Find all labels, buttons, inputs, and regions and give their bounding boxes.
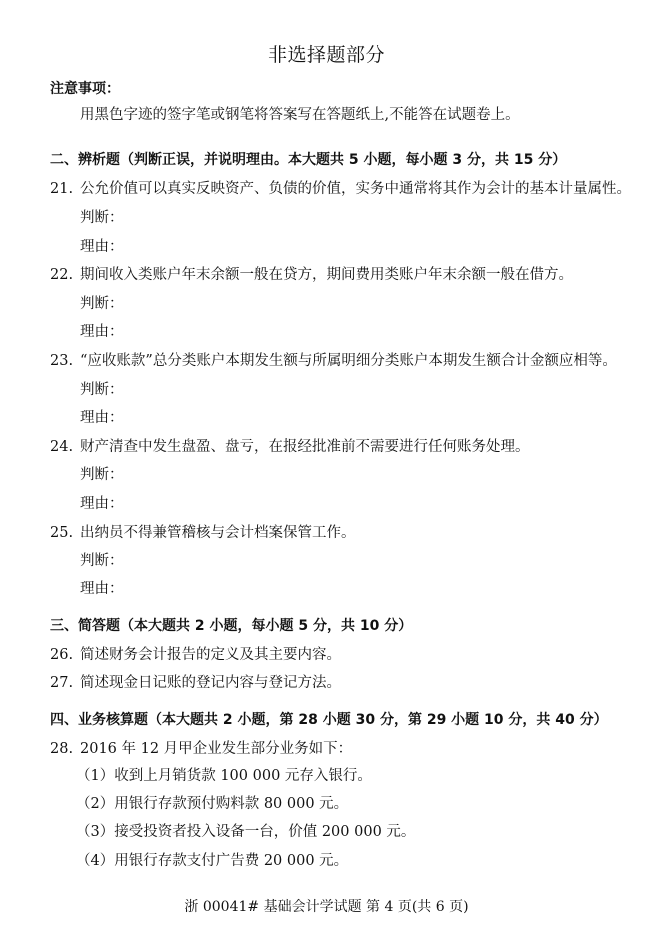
question-text: 公允价值可以真实反映资产、负债的价值，实务中通常将其作为会计的基本计量属性。: [80, 181, 631, 197]
q28-item-1: （1）收到上月销货款 100 000 元存入银行。: [76, 767, 372, 785]
judge-label: 判断：: [80, 466, 124, 484]
reason-label: 理由：: [80, 238, 124, 256]
reason-label: 理由：: [80, 323, 124, 341]
judge-label: 判断：: [80, 552, 124, 570]
question-number: 28.: [50, 740, 80, 758]
question-26: 26.简述财务会计报告的定义及其主要内容。: [50, 646, 341, 664]
question-number: 21.: [50, 180, 80, 198]
notice-text: 用黑色字迹的签字笔或钢笔将答案写在答题纸上,不能答在试题卷上。: [80, 106, 520, 124]
q28-item-2: （2）用银行存款预付购料款 80 000 元。: [76, 795, 348, 813]
exam-page: 非选择题部分 注意事项： 用黑色字迹的签字笔或钢笔将答案写在答题纸上,不能答在试…: [0, 0, 653, 943]
reason-label: 理由：: [80, 580, 124, 598]
question-text: “应收账款”总分类账户本期发生额与所属明细分类账户本期发生额合计金额应相等。: [80, 353, 617, 369]
q28-item-4: （4）用银行存款支付广告费 20 000 元。: [76, 852, 348, 870]
judge-label: 判断：: [80, 209, 124, 227]
question-number: 25.: [50, 524, 80, 542]
question-21: 21.公允价值可以真实反映资产、负债的价值，实务中通常将其作为会计的基本计量属性…: [50, 180, 631, 198]
question-number: 23.: [50, 352, 80, 370]
question-text: 出纳员不得兼管稽核与会计档案保管工作。: [80, 525, 356, 541]
question-text: 财产清查中发生盘盈、盘亏，在报经批准前不需要进行任何账务处理。: [80, 439, 530, 455]
question-number: 22.: [50, 266, 80, 284]
question-22: 22.期间收入类账户年末余额一般在贷方，期间费用类账户年末余额一般在借方。: [50, 266, 573, 284]
page-footer: 浙 00041# 基础会计学试题 第 4 页(共 6 页): [0, 896, 653, 916]
question-23: 23.“应收账款”总分类账户本期发生额与所属明细分类账户本期发生额合计金额应相等…: [50, 352, 617, 370]
question-text: 期间收入类账户年末余额一般在贷方，期间费用类账户年末余额一般在借方。: [80, 267, 573, 283]
question-number: 26.: [50, 646, 80, 664]
question-24: 24.财产清查中发生盘盈、盘亏，在报经批准前不需要进行任何账务处理。: [50, 438, 530, 456]
judge-label: 判断：: [80, 295, 124, 313]
question-25: 25.出纳员不得兼管稽核与会计档案保管工作。: [50, 524, 356, 542]
question-text: 简述现金日记账的登记内容与登记方法。: [80, 675, 341, 691]
section-2-heading: 二、辨析题（判断正误，并说明理由。本大题共 5 小题，每小题 3 分，共 15 …: [50, 151, 566, 169]
notice-heading: 注意事项：: [50, 80, 120, 98]
reason-label: 理由：: [80, 495, 124, 513]
question-number: 24.: [50, 438, 80, 456]
question-text: 2016 年 12 月甲企业发生部分业务如下：: [80, 741, 352, 757]
question-text: 简述财务会计报告的定义及其主要内容。: [80, 647, 341, 663]
section-3-heading: 三、简答题（本大题共 2 小题，每小题 5 分，共 10 分）: [50, 617, 412, 635]
question-28: 28.2016 年 12 月甲企业发生部分业务如下：: [50, 740, 352, 758]
page-title: 非选择题部分: [0, 40, 653, 67]
judge-label: 判断：: [80, 381, 124, 399]
reason-label: 理由：: [80, 409, 124, 427]
question-number: 27.: [50, 674, 80, 692]
question-27: 27.简述现金日记账的登记内容与登记方法。: [50, 674, 341, 692]
q28-item-3: （3）接受投资者投入设备一台，价值 200 000 元。: [76, 823, 415, 841]
section-4-heading: 四、业务核算题（本大题共 2 小题，第 28 小题 30 分，第 29 小题 1…: [50, 711, 608, 729]
